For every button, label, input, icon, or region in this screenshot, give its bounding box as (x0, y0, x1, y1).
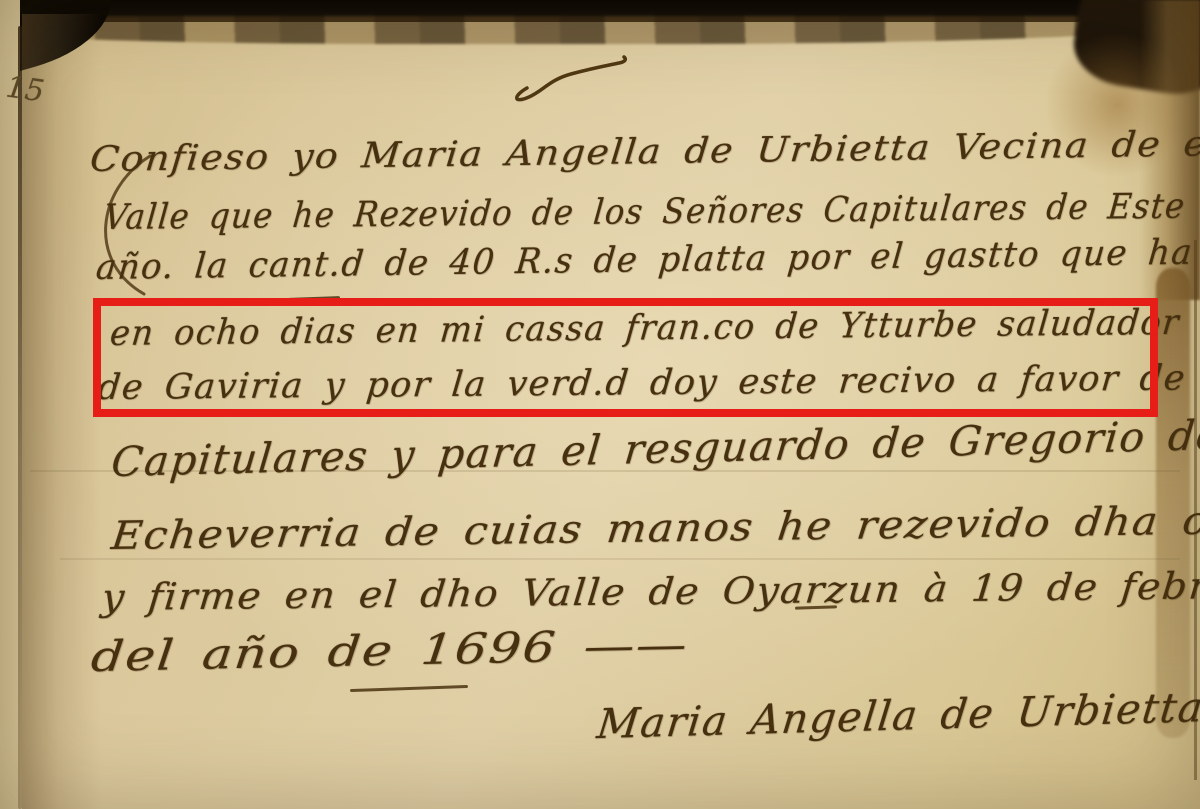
signature: Maria Angella de Urbietta — (595, 681, 1200, 748)
manuscript-line: Capitulares y para el resguardo de Grego… (109, 411, 1200, 486)
manuscript-line: del año de 1696 —— (89, 619, 691, 681)
ink-underline-1696 (350, 685, 468, 692)
manuscript-line: Echeverria de cuias manos he rezevido dh… (109, 497, 1200, 559)
folio-number: 15 (4, 70, 47, 110)
manuscript-page: 15 Confieso yo Maria Angella de Urbietta… (0, 0, 1200, 809)
manuscript-line: Valle que he Rezevido de los Señores Cap… (102, 185, 1200, 238)
left-edge-shadow (22, 14, 102, 809)
manuscript-line: Confieso yo Maria Angella de Urbietta Ve… (88, 124, 1200, 181)
paper-crease (60, 558, 1180, 560)
annotation-rectangle (93, 298, 1158, 417)
manuscript-line: año. la cant.d de 40 R.s de platta por e… (94, 231, 1200, 288)
rubric-flourish-icon (505, 52, 635, 104)
underlying-page-edge (0, 0, 20, 809)
manuscript-line: y firme en el dho Valle de Oyarzun à 19 … (100, 564, 1200, 619)
page-top-deckle-edge (0, 16, 1200, 44)
